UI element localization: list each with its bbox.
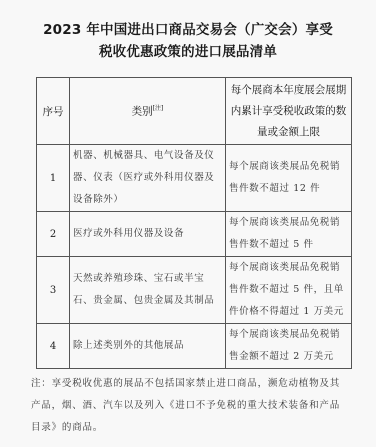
header-category: 类别[注] [70,78,226,145]
row-category: 天然或养殖珍珠、宝石或半宝石、贵金属、包贵金属及其制品 [70,257,226,324]
document-title-line-2: 税收优惠政策的进口展品清单 [0,40,376,60]
header-limit-label: 每个展商本年度展会展期内累计享受税收政策的数量或金额上限 [231,84,347,138]
row-category: 医疗或外科用仪器及设备 [70,212,226,257]
footnote-marker[interactable]: [注] [153,105,164,112]
table-row: 1 机器、机械器具、电气设备及仪器、仪表（医疗或外科用仪器及设备除外） 每个展商… [37,145,352,212]
row-category: 机器、机械器具、电气设备及仪器、仪表（医疗或外科用仪器及设备除外） [70,145,226,212]
row-limit: 每个展商该类展品免税销售件数不超过 5 件，且单件价格不得超过 1 万美元 [226,257,352,324]
table-row: 2 医疗或外科用仪器及设备 每个展商该类展品免税销售件数不超过 5 件 [37,212,352,257]
row-limit: 每个展商该类展品免税销售金额不超过 2 万美元 [226,324,352,369]
table-row: 3 天然或养殖珍珠、宝石或半宝石、贵金属、包贵金属及其制品 每个展商该类展品免税… [37,257,352,324]
row-index: 3 [37,257,70,324]
table-row: 4 除上述类别外的其他展品 每个展商该类展品免税销售金额不超过 2 万美元 [37,324,352,369]
row-index: 1 [37,145,70,212]
exhibit-list-table: 序号 类别[注] 每个展商本年度展会展期内累计享受税收政策的数量或金额上限 1 … [36,77,352,369]
header-limit: 每个展商本年度展会展期内累计享受税收政策的数量或金额上限 [226,78,352,145]
header-category-label: 类别 [132,106,153,118]
row-index: 2 [37,212,70,257]
footnote-text: 注：享受税收优惠的展品不包括国家禁止进口商品，濒危动植物及其产品，烟、酒、汽车以… [31,373,349,439]
document-title-line-1: 2023 年中国进出口商品交易会（广交会）享受 [0,18,376,38]
row-category: 除上述类别外的其他展品 [70,324,226,369]
header-index: 序号 [37,78,70,145]
row-limit: 每个展商该类展品免税销售件数不超过 12 件 [226,145,352,212]
header-index-label: 序号 [43,106,64,118]
table-header-row: 序号 类别[注] 每个展商本年度展会展期内累计享受税收政策的数量或金额上限 [37,78,352,145]
row-limit: 每个展商该类展品免税销售件数不超过 5 件 [226,212,352,257]
row-index: 4 [37,324,70,369]
